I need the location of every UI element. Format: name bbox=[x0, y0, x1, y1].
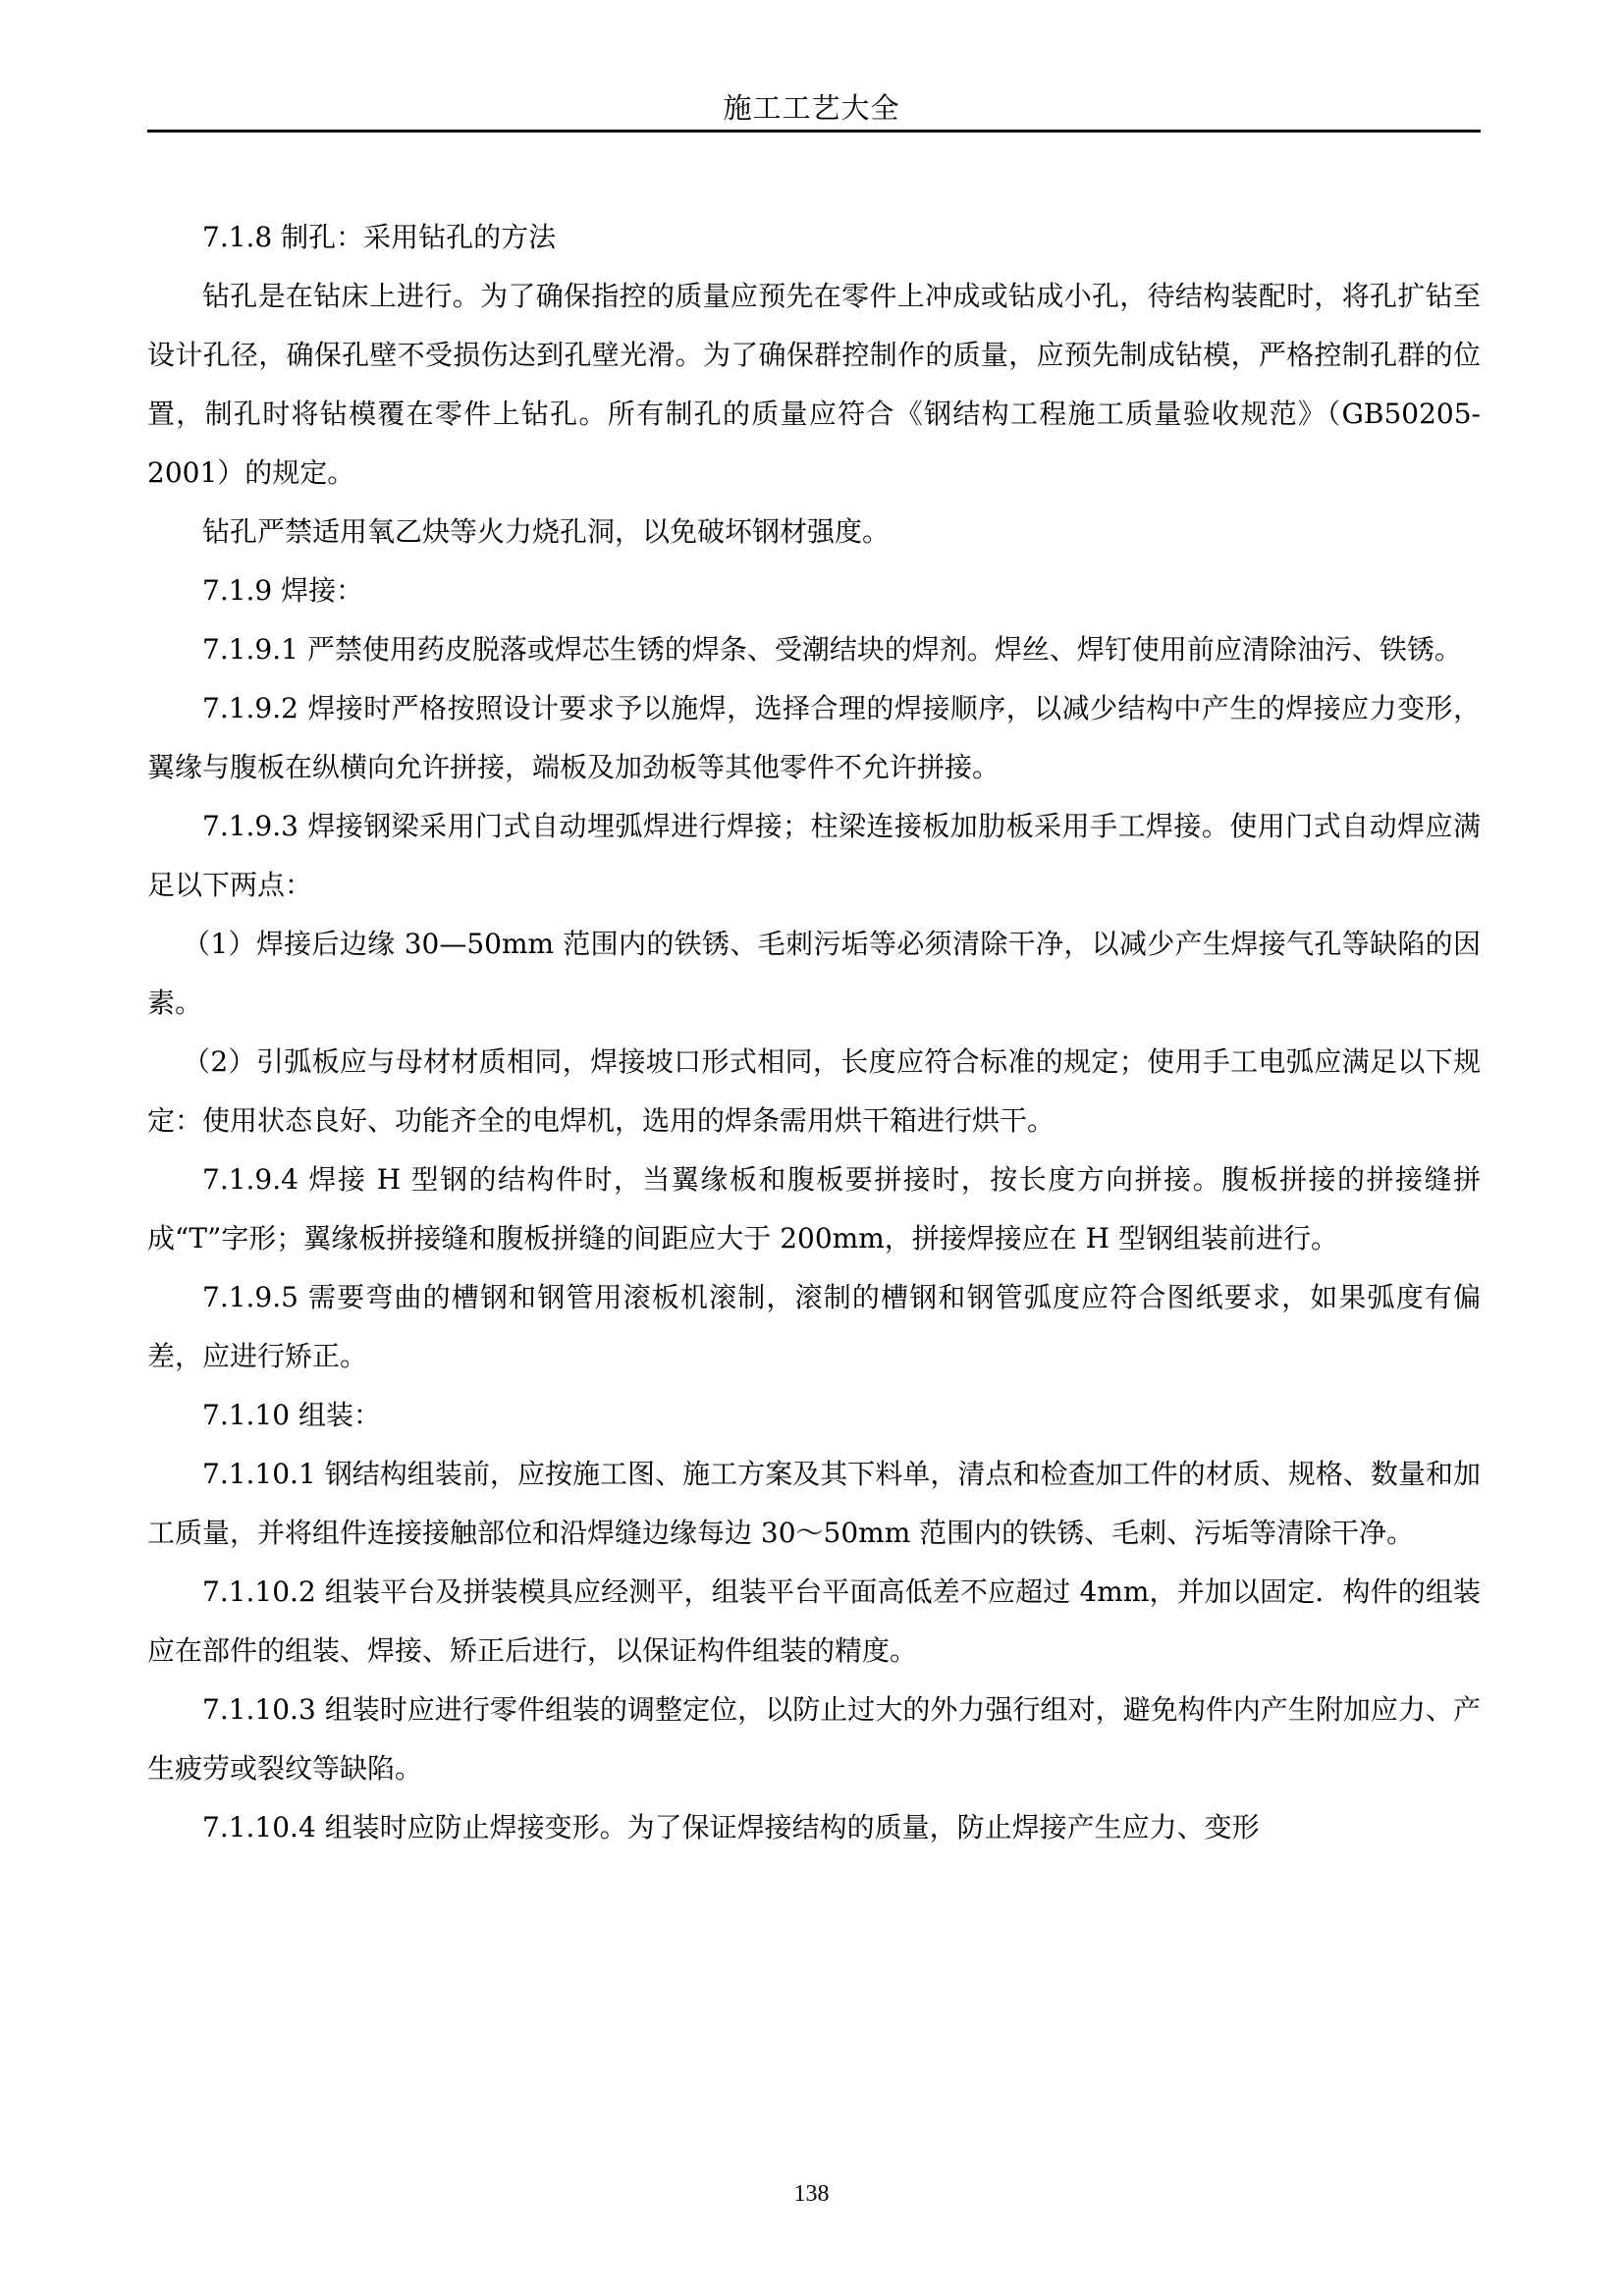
running-header-title: 施工工艺大全 bbox=[0, 86, 1623, 127]
header-divider bbox=[147, 130, 1481, 133]
paragraph-drilling-method: 钻孔是在钻床上进行。为了确保指控的质量应预先在零件上冲成或钻成小孔，待结构装配时… bbox=[147, 267, 1481, 503]
paragraph-7-1-9-1: 7.1.9.1 严禁使用药皮脱落或焊芯生锈的焊条、受潮结块的焊剂。焊丝、焊钉使用… bbox=[147, 620, 1481, 679]
paragraph-7-1-9-3: 7.1.9.3 焊接钢梁采用门式自动埋弧焊进行焊接；柱梁连接板加肋板采用手工焊接… bbox=[147, 797, 1481, 915]
section-heading-7-1-8: 7.1.8 制孔：采用钻孔的方法 bbox=[147, 208, 1481, 267]
section-heading-7-1-9: 7.1.9 焊接： bbox=[147, 561, 1481, 620]
paragraph-7-1-10-3: 7.1.10.3 组装时应进行零件组装的调整定位，以防止过大的外力强行组对，避免… bbox=[147, 1681, 1481, 1798]
list-item-2: （2）引弧板应与母材材质相同，焊接坡口形式相同，长度应符合标准的规定；使用手工电… bbox=[147, 1033, 1481, 1150]
paragraph-7-1-9-4: 7.1.9.4 焊接 H 型钢的结构件时，当翼缘板和腹板要拼接时，按长度方向拼接… bbox=[147, 1150, 1481, 1268]
paragraph-7-1-10-2: 7.1.10.2 组装平台及拼装模具应经测平，组装平台平面高低差不应超过 4mm… bbox=[147, 1563, 1481, 1681]
page-number: 138 bbox=[0, 2181, 1623, 2208]
section-heading-7-1-10: 7.1.10 组装： bbox=[147, 1386, 1481, 1445]
list-item-1: （1）焊接后边缘 30—50mm 范围内的铁锈、毛刺污垢等必须清除干净，以减少产… bbox=[147, 915, 1481, 1033]
document-body: 7.1.8 制孔：采用钻孔的方法 钻孔是在钻床上进行。为了确保指控的质量应预先在… bbox=[147, 208, 1481, 1857]
paragraph-7-1-10-1: 7.1.10.1 钢结构组装前，应按施工图、施工方案及其下料单，清点和检查加工件… bbox=[147, 1445, 1481, 1563]
paragraph-drilling-prohibition: 钻孔严禁适用氧乙炔等火力烧孔洞，以免破坏钢材强度。 bbox=[147, 503, 1481, 561]
paragraph-7-1-9-2: 7.1.9.2 焊接时严格按照设计要求予以施焊，选择合理的焊接顺序，以减少结构中… bbox=[147, 679, 1481, 797]
paragraph-7-1-10-4: 7.1.10.4 组装时应防止焊接变形。为了保证焊接结构的质量，防止焊接产生应力… bbox=[147, 1798, 1481, 1857]
paragraph-7-1-9-5: 7.1.9.5 需要弯曲的槽钢和钢管用滚板机滚制，滚制的槽钢和钢管弧度应符合图纸… bbox=[147, 1268, 1481, 1386]
